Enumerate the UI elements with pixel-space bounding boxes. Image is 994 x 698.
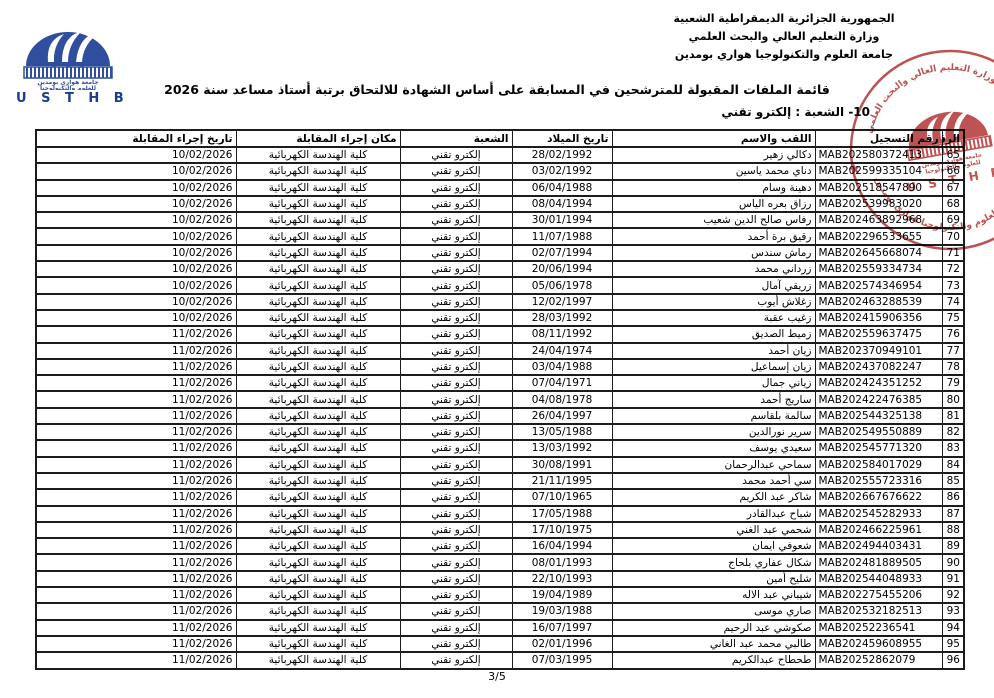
cell-place: كلية الهندسة الكهربائية bbox=[236, 571, 400, 587]
cell-num: 87 bbox=[942, 506, 964, 522]
cell-branch: إلكترو تقني bbox=[400, 522, 512, 538]
table-row: 85MAB202555723316سي أحمد محمد21/11/1995إ… bbox=[36, 473, 964, 489]
cell-dob: 08/01/1993 bbox=[512, 554, 612, 570]
cell-date: 10/02/2026 bbox=[36, 212, 236, 228]
cell-dob: 21/11/1995 bbox=[512, 473, 612, 489]
table-row: 83MAB202545771320سعيدي يوسف13/03/1992إلك… bbox=[36, 440, 964, 456]
cell-num: 67 bbox=[942, 180, 964, 196]
cell-name: زياني جمال bbox=[612, 375, 815, 391]
cell-date: 11/02/2026 bbox=[36, 620, 236, 636]
cell-place: كلية الهندسة الكهربائية bbox=[236, 261, 400, 277]
cell-date: 11/02/2026 bbox=[36, 522, 236, 538]
cell-date: 11/02/2026 bbox=[36, 538, 236, 554]
cell-dob: 12/02/1997 bbox=[512, 294, 612, 310]
cell-num: 82 bbox=[942, 424, 964, 440]
cell-num: 90 bbox=[942, 554, 964, 570]
cell-dob: 13/05/1988 bbox=[512, 424, 612, 440]
cell-num: 81 bbox=[942, 408, 964, 424]
cell-place: كلية الهندسة الكهربائية bbox=[236, 620, 400, 636]
cell-name: دناي محمد ياسين bbox=[612, 163, 815, 179]
table-row: 96MAB20252862079طحطاح عبدالكريم07/03/199… bbox=[36, 652, 964, 668]
column-header-place: مكان إجراء المقابلة bbox=[236, 130, 400, 147]
cell-reg: MAB202559637475 bbox=[815, 326, 942, 342]
cell-branch: إلكترو تقني bbox=[400, 277, 512, 293]
table-row: 65MAB202580372413دكالي زهير28/02/1992إلك… bbox=[36, 147, 964, 163]
cell-place: كلية الهندسة الكهربائية bbox=[236, 245, 400, 261]
cell-place: كلية الهندسة الكهربائية bbox=[236, 587, 400, 603]
cell-branch: إلكترو تقني bbox=[400, 571, 512, 587]
cell-dob: 26/04/1997 bbox=[512, 408, 612, 424]
column-header-reg: رقم التسجيل bbox=[815, 130, 942, 147]
cell-branch: إلكترو تقني bbox=[400, 196, 512, 212]
cell-num: 66 bbox=[942, 163, 964, 179]
cell-name: سالمة بلقاسم bbox=[612, 408, 815, 424]
cell-name: طالبي محمد عبد الغاني bbox=[612, 636, 815, 652]
cell-branch: إلكترو تقني bbox=[400, 636, 512, 652]
table-row: 74MAB202463288539زغلاش أيوب12/02/1997إلك… bbox=[36, 294, 964, 310]
cell-place: كلية الهندسة الكهربائية bbox=[236, 326, 400, 342]
cell-name: سماحي عبدالرحمان bbox=[612, 457, 815, 473]
cell-name: رقيق برة أحمد bbox=[612, 228, 815, 244]
cell-num: 88 bbox=[942, 522, 964, 538]
table-row: 88MAB202466225961شحمي عبد الغني17/10/197… bbox=[36, 522, 964, 538]
cell-dob: 04/08/1978 bbox=[512, 391, 612, 407]
table-row: 89MAB202494403431شعوفي ايمان16/04/1994إل… bbox=[36, 538, 964, 554]
cell-branch: إلكترو تقني bbox=[400, 652, 512, 668]
cell-reg: MAB202667676622 bbox=[815, 489, 942, 505]
cell-name: شكال عفاري بلحاج bbox=[612, 554, 815, 570]
cell-reg: MAB202494403431 bbox=[815, 538, 942, 554]
column-header-branch: الشعبة bbox=[400, 130, 512, 147]
cell-date: 11/02/2026 bbox=[36, 489, 236, 505]
cell-dob: 05/06/1978 bbox=[512, 277, 612, 293]
page-title: قائمة الملفات المقبولة للمترشحين في المس… bbox=[0, 82, 994, 97]
cell-num: 85 bbox=[942, 473, 964, 489]
cell-num: 78 bbox=[942, 359, 964, 375]
cell-dob: 13/03/1992 bbox=[512, 440, 612, 456]
cell-place: كلية الهندسة الكهربائية bbox=[236, 538, 400, 554]
cell-name: رماش سندس bbox=[612, 245, 815, 261]
table-body: 65MAB202580372413دكالي زهير28/02/1992إلك… bbox=[36, 147, 964, 669]
cell-branch: إلكترو تقني bbox=[400, 489, 512, 505]
cell-place: كلية الهندسة الكهربائية bbox=[236, 310, 400, 326]
cell-name: زيان أحمد bbox=[612, 343, 815, 359]
cell-branch: إلكترو تقني bbox=[400, 212, 512, 228]
cell-reg: MAB20252862079 bbox=[815, 652, 942, 668]
cell-name: صاري موسى bbox=[612, 603, 815, 619]
cell-name: شحمي عبد الغني bbox=[612, 522, 815, 538]
cell-dob: 06/04/1988 bbox=[512, 180, 612, 196]
cell-date: 11/02/2026 bbox=[36, 603, 236, 619]
cell-dob: 07/04/1971 bbox=[512, 375, 612, 391]
cell-dob: 16/07/1997 bbox=[512, 620, 612, 636]
cell-reg: MAB202645668074 bbox=[815, 245, 942, 261]
cell-name: شعوفي ايمان bbox=[612, 538, 815, 554]
cell-place: كلية الهندسة الكهربائية bbox=[236, 522, 400, 538]
cell-branch: إلكترو تقني bbox=[400, 587, 512, 603]
cell-place: كلية الهندسة الكهربائية bbox=[236, 440, 400, 456]
cell-reg: MAB202437082247 bbox=[815, 359, 942, 375]
cell-date: 11/02/2026 bbox=[36, 571, 236, 587]
table-row: 80MAB202422476385ساريج أحمد04/08/1978إلك… bbox=[36, 391, 964, 407]
column-header-name: اللقب والاسم bbox=[612, 130, 815, 147]
cell-place: كلية الهندسة الكهربائية bbox=[236, 506, 400, 522]
cell-name: سعيدي يوسف bbox=[612, 440, 815, 456]
cell-place: كلية الهندسة الكهربائية bbox=[236, 343, 400, 359]
cell-branch: إلكترو تقني bbox=[400, 343, 512, 359]
table-row: 72MAB202559334734زرداني محمد20/06/1994إل… bbox=[36, 261, 964, 277]
cell-num: 76 bbox=[942, 326, 964, 342]
cell-place: كلية الهندسة الكهربائية bbox=[236, 391, 400, 407]
cell-reg: MAB202545282933 bbox=[815, 506, 942, 522]
cell-place: كلية الهندسة الكهربائية bbox=[236, 294, 400, 310]
cell-branch: إلكترو تقني bbox=[400, 245, 512, 261]
table-row: 86MAB202667676622شاكر عبد الكريم07/10/19… bbox=[36, 489, 964, 505]
table-row: 84MAB202584017029سماحي عبدالرحمان30/08/1… bbox=[36, 457, 964, 473]
cell-num: 71 bbox=[942, 245, 964, 261]
table-row: 92MAB202275455206شيباني عبد الاله19/04/1… bbox=[36, 587, 964, 603]
cell-num: 72 bbox=[942, 261, 964, 277]
cell-branch: إلكترو تقني bbox=[400, 375, 512, 391]
cell-name: شيباني عبد الاله bbox=[612, 587, 815, 603]
table-row: 70MAB202296533655رقيق برة أحمد11/07/1988… bbox=[36, 228, 964, 244]
cell-branch: إلكترو تقني bbox=[400, 473, 512, 489]
cell-date: 10/02/2026 bbox=[36, 245, 236, 261]
cell-date: 11/02/2026 bbox=[36, 440, 236, 456]
branch-line: 10- الشعبة : إلكترو تقني bbox=[721, 105, 870, 119]
cell-reg: MAB202599335104 bbox=[815, 163, 942, 179]
cell-place: كلية الهندسة الكهربائية bbox=[236, 489, 400, 505]
cell-reg: MAB202518547890 bbox=[815, 180, 942, 196]
column-header-num: الرقم bbox=[942, 130, 964, 147]
cell-place: كلية الهندسة الكهربائية bbox=[236, 228, 400, 244]
cell-dob: 02/01/1996 bbox=[512, 636, 612, 652]
cell-num: 89 bbox=[942, 538, 964, 554]
cell-reg: MAB202584017029 bbox=[815, 457, 942, 473]
cell-date: 11/02/2026 bbox=[36, 343, 236, 359]
cell-dob: 30/08/1991 bbox=[512, 457, 612, 473]
table-row: 94MAB20252236541صكوشي عبد الرحيم16/07/19… bbox=[36, 620, 964, 636]
cell-date: 10/02/2026 bbox=[36, 147, 236, 163]
cell-num: 80 bbox=[942, 391, 964, 407]
table-row: 90MAB202481889505شكال عفاري بلحاج08/01/1… bbox=[36, 554, 964, 570]
cell-place: كلية الهندسة الكهربائية bbox=[236, 359, 400, 375]
cell-place: كلية الهندسة الكهربائية bbox=[236, 277, 400, 293]
cell-name: شباح عبدالقادر bbox=[612, 506, 815, 522]
cell-reg: MAB202424351252 bbox=[815, 375, 942, 391]
cell-branch: إلكترو تقني bbox=[400, 424, 512, 440]
cell-dob: 07/03/1995 bbox=[512, 652, 612, 668]
cell-name: ساريج أحمد bbox=[612, 391, 815, 407]
cell-date: 10/02/2026 bbox=[36, 228, 236, 244]
cell-place: كلية الهندسة الكهربائية bbox=[236, 212, 400, 228]
table-row: 91MAB202544048933شليح أمين22/10/1993إلكت… bbox=[36, 571, 964, 587]
cell-place: كلية الهندسة الكهربائية bbox=[236, 473, 400, 489]
cell-num: 68 bbox=[942, 196, 964, 212]
gov-line-republic: الجمهورية الجزائرية الديمقراطية الشعبية bbox=[634, 10, 934, 28]
table-header-row: الرقمرقم التسجيلاللقب والاسمتاريخ الميلا… bbox=[36, 130, 964, 147]
cell-num: 70 bbox=[942, 228, 964, 244]
cell-name: رزاق بعره الياس bbox=[612, 196, 815, 212]
cell-reg: MAB202580372413 bbox=[815, 147, 942, 163]
cell-reg: MAB202559334734 bbox=[815, 261, 942, 277]
cell-branch: إلكترو تقني bbox=[400, 554, 512, 570]
cell-name: طحطاح عبدالكريم bbox=[612, 652, 815, 668]
cell-name: صكوشي عبد الرحيم bbox=[612, 620, 815, 636]
page-number: 3/5 bbox=[0, 670, 994, 683]
cell-name: زميط الصديق bbox=[612, 326, 815, 342]
cell-place: كلية الهندسة الكهربائية bbox=[236, 180, 400, 196]
cell-dob: 16/04/1994 bbox=[512, 538, 612, 554]
cell-num: 92 bbox=[942, 587, 964, 603]
cell-date: 11/02/2026 bbox=[36, 457, 236, 473]
cell-reg: MAB202275455206 bbox=[815, 587, 942, 603]
cell-place: كلية الهندسة الكهربائية bbox=[236, 408, 400, 424]
gov-line-ministry: وزارة التعليم العالي والبحث العلمي bbox=[634, 28, 934, 46]
cell-branch: إلكترو تقني bbox=[400, 310, 512, 326]
cell-name: سرير نورالدين bbox=[612, 424, 815, 440]
cell-branch: إلكترو تقني bbox=[400, 294, 512, 310]
cell-branch: إلكترو تقني bbox=[400, 163, 512, 179]
cell-name: شاكر عبد الكريم bbox=[612, 489, 815, 505]
cell-branch: إلكترو تقني bbox=[400, 391, 512, 407]
cell-date: 10/02/2026 bbox=[36, 196, 236, 212]
cell-name: زريقي آمال bbox=[612, 277, 815, 293]
cell-num: 77 bbox=[942, 343, 964, 359]
cell-branch: إلكترو تقني bbox=[400, 326, 512, 342]
cell-reg: MAB20252236541 bbox=[815, 620, 942, 636]
cell-date: 10/02/2026 bbox=[36, 310, 236, 326]
cell-branch: إلكترو تقني bbox=[400, 261, 512, 277]
cell-reg: MAB202481889505 bbox=[815, 554, 942, 570]
cell-name: شليح أمين bbox=[612, 571, 815, 587]
cell-reg: MAB202539983020 bbox=[815, 196, 942, 212]
cell-reg: MAB202466225961 bbox=[815, 522, 942, 538]
cell-dob: 17/10/1975 bbox=[512, 522, 612, 538]
cell-num: 73 bbox=[942, 277, 964, 293]
table-row: 77MAB202370949101زيان أحمد24/04/1974إلكت… bbox=[36, 343, 964, 359]
table-row: 78MAB202437082247زيان إسماعيل03/04/1988إ… bbox=[36, 359, 964, 375]
cell-name: رفاس صالح الدين شعيب bbox=[612, 212, 815, 228]
cell-dob: 24/04/1974 bbox=[512, 343, 612, 359]
cell-dob: 19/04/1989 bbox=[512, 587, 612, 603]
cell-date: 11/02/2026 bbox=[36, 359, 236, 375]
cell-num: 96 bbox=[942, 652, 964, 668]
cell-branch: إلكترو تقني bbox=[400, 506, 512, 522]
cell-date: 11/02/2026 bbox=[36, 408, 236, 424]
cell-num: 75 bbox=[942, 310, 964, 326]
candidates-table: الرقمرقم التسجيلاللقب والاسمتاريخ الميلا… bbox=[35, 129, 965, 670]
cell-date: 10/02/2026 bbox=[36, 163, 236, 179]
cell-dob: 20/06/1994 bbox=[512, 261, 612, 277]
cell-name: زغلاش أيوب bbox=[612, 294, 815, 310]
cell-reg: MAB202463288539 bbox=[815, 294, 942, 310]
table-row: 76MAB202559637475زميط الصديق08/11/1992إل… bbox=[36, 326, 964, 342]
government-heading: الجمهورية الجزائرية الديمقراطية الشعبية … bbox=[634, 10, 934, 64]
cell-dob: 07/10/1965 bbox=[512, 489, 612, 505]
cell-date: 11/02/2026 bbox=[36, 473, 236, 489]
cell-branch: إلكترو تقني bbox=[400, 440, 512, 456]
cell-reg: MAB202574346954 bbox=[815, 277, 942, 293]
cell-dob: 28/02/1992 bbox=[512, 147, 612, 163]
usthb-logo-icon: جامعة هواري بومدين للعلوم والتكنولوجيا bbox=[18, 24, 118, 90]
cell-date: 11/02/2026 bbox=[36, 375, 236, 391]
cell-date: 10/02/2026 bbox=[36, 294, 236, 310]
cell-name: دكالي زهير bbox=[612, 147, 815, 163]
cell-date: 11/02/2026 bbox=[36, 506, 236, 522]
table-row: 93MAB202532182513صاري موسى19/03/1988إلكت… bbox=[36, 603, 964, 619]
cell-branch: إلكترو تقني bbox=[400, 620, 512, 636]
cell-place: كلية الهندسة الكهربائية bbox=[236, 375, 400, 391]
cell-num: 95 bbox=[942, 636, 964, 652]
cell-dob: 03/02/1992 bbox=[512, 163, 612, 179]
cell-dob: 28/03/1992 bbox=[512, 310, 612, 326]
cell-num: 65 bbox=[942, 147, 964, 163]
table-row: 79MAB202424351252زياني جمال07/04/1971إلك… bbox=[36, 375, 964, 391]
cell-date: 11/02/2026 bbox=[36, 587, 236, 603]
cell-num: 94 bbox=[942, 620, 964, 636]
cell-date: 10/02/2026 bbox=[36, 261, 236, 277]
gov-line-university: جامعة العلوم والتكنولوجيا هواري بومدين bbox=[634, 46, 934, 64]
cell-place: كلية الهندسة الكهربائية bbox=[236, 163, 400, 179]
cell-name: دهينة وسام bbox=[612, 180, 815, 196]
cell-name: زرداني محمد bbox=[612, 261, 815, 277]
cell-date: 11/02/2026 bbox=[36, 391, 236, 407]
cell-date: 11/02/2026 bbox=[36, 326, 236, 342]
cell-num: 86 bbox=[942, 489, 964, 505]
cell-reg: MAB202415906356 bbox=[815, 310, 942, 326]
cell-place: كلية الهندسة الكهربائية bbox=[236, 554, 400, 570]
cell-name: سي أحمد محمد bbox=[612, 473, 815, 489]
cell-place: كلية الهندسة الكهربائية bbox=[236, 424, 400, 440]
cell-branch: إلكترو تقني bbox=[400, 180, 512, 196]
table-row: 66MAB202599335104دناي محمد ياسين03/02/19… bbox=[36, 163, 964, 179]
cell-num: 93 bbox=[942, 603, 964, 619]
table-row: 87MAB202545282933شباح عبدالقادر17/05/198… bbox=[36, 506, 964, 522]
cell-date: 10/02/2026 bbox=[36, 277, 236, 293]
cell-dob: 17/05/1988 bbox=[512, 506, 612, 522]
cell-place: كلية الهندسة الكهربائية bbox=[236, 196, 400, 212]
cell-branch: إلكترو تقني bbox=[400, 408, 512, 424]
cell-reg: MAB202544048933 bbox=[815, 571, 942, 587]
cell-reg: MAB202422476385 bbox=[815, 391, 942, 407]
table-row: 73MAB202574346954زريقي آمال05/06/1978إلك… bbox=[36, 277, 964, 293]
cell-dob: 03/04/1988 bbox=[512, 359, 612, 375]
table-row: 71MAB202645668074رماش سندس02/07/1994إلكت… bbox=[36, 245, 964, 261]
cell-place: كلية الهندسة الكهربائية bbox=[236, 147, 400, 163]
cell-date: 11/02/2026 bbox=[36, 636, 236, 652]
cell-date: 11/02/2026 bbox=[36, 554, 236, 570]
cell-num: 84 bbox=[942, 457, 964, 473]
cell-reg: MAB202370949101 bbox=[815, 343, 942, 359]
cell-reg: MAB202544325138 bbox=[815, 408, 942, 424]
cell-place: كلية الهندسة الكهربائية bbox=[236, 457, 400, 473]
cell-reg: MAB202459608955 bbox=[815, 636, 942, 652]
cell-branch: إلكترو تقني bbox=[400, 228, 512, 244]
column-header-dob: تاريخ الميلاد bbox=[512, 130, 612, 147]
table-row: 75MAB202415906356زغيب عقبة28/03/1992إلكت… bbox=[36, 310, 964, 326]
cell-reg: MAB202532182513 bbox=[815, 603, 942, 619]
cell-place: كلية الهندسة الكهربائية bbox=[236, 652, 400, 668]
cell-branch: إلكترو تقني bbox=[400, 538, 512, 554]
cell-dob: 02/07/1994 bbox=[512, 245, 612, 261]
cell-num: 74 bbox=[942, 294, 964, 310]
cell-reg: MAB202555723316 bbox=[815, 473, 942, 489]
cell-dob: 22/10/1993 bbox=[512, 571, 612, 587]
column-header-date: تاريخ إجراء المقابلة bbox=[36, 130, 236, 147]
table-row: 82MAB202549550889سرير نورالدين13/05/1988… bbox=[36, 424, 964, 440]
table-row: 67MAB202518547890دهينة وسام06/04/1988إلك… bbox=[36, 180, 964, 196]
cell-date: 11/02/2026 bbox=[36, 652, 236, 668]
cell-date: 11/02/2026 bbox=[36, 424, 236, 440]
table-row: 81MAB202544325138سالمة بلقاسم26/04/1997إ… bbox=[36, 408, 964, 424]
cell-date: 10/02/2026 bbox=[36, 180, 236, 196]
document-page: { "header": { "gov_lines": [ "الجمهورية … bbox=[0, 0, 994, 698]
cell-place: كلية الهندسة الكهربائية bbox=[236, 636, 400, 652]
cell-dob: 11/07/1988 bbox=[512, 228, 612, 244]
cell-reg: MAB202549550889 bbox=[815, 424, 942, 440]
cell-num: 91 bbox=[942, 571, 964, 587]
cell-num: 79 bbox=[942, 375, 964, 391]
cell-num: 69 bbox=[942, 212, 964, 228]
table-row: 95MAB202459608955طالبي محمد عبد الغاني02… bbox=[36, 636, 964, 652]
cell-name: زيان إسماعيل bbox=[612, 359, 815, 375]
table-row: 68MAB202539983020رزاق بعره الياس08/04/19… bbox=[36, 196, 964, 212]
cell-dob: 08/04/1994 bbox=[512, 196, 612, 212]
cell-branch: إلكترو تقني bbox=[400, 457, 512, 473]
cell-dob: 08/11/1992 bbox=[512, 326, 612, 342]
table-row: 69MAB202463892968رفاس صالح الدين شعيب30/… bbox=[36, 212, 964, 228]
cell-dob: 19/03/1988 bbox=[512, 603, 612, 619]
cell-reg: MAB202296533655 bbox=[815, 228, 942, 244]
cell-num: 83 bbox=[942, 440, 964, 456]
cell-branch: إلكترو تقني bbox=[400, 359, 512, 375]
cell-reg: MAB202545771320 bbox=[815, 440, 942, 456]
cell-reg: MAB202463892968 bbox=[815, 212, 942, 228]
cell-dob: 30/01/1994 bbox=[512, 212, 612, 228]
cell-place: كلية الهندسة الكهربائية bbox=[236, 603, 400, 619]
cell-branch: إلكترو تقني bbox=[400, 147, 512, 163]
cell-name: زغيب عقبة bbox=[612, 310, 815, 326]
cell-branch: إلكترو تقني bbox=[400, 603, 512, 619]
